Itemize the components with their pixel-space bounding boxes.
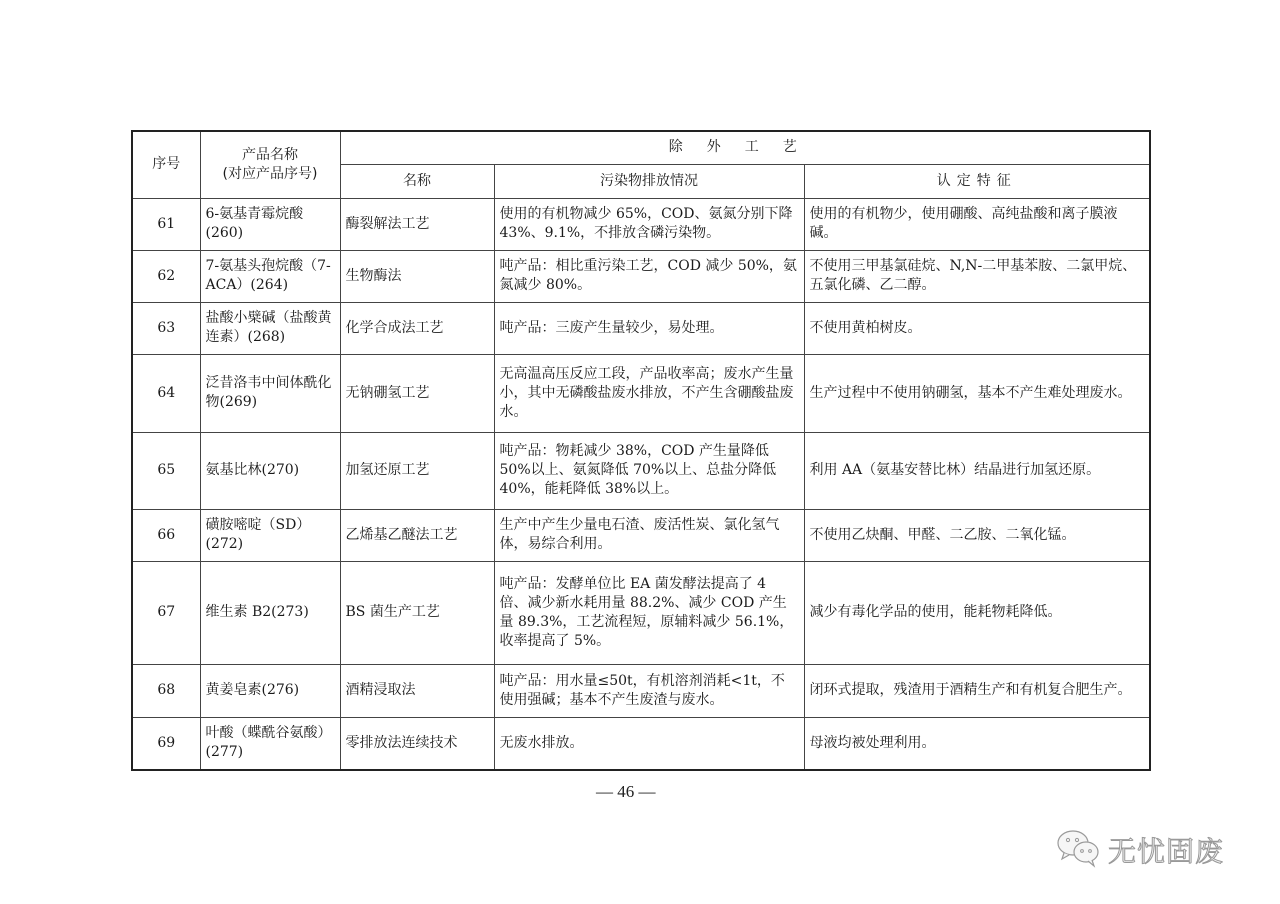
table-row: 69 叶酸（蝶酰谷氨酸）(277) 零排放法连续技术 无废水排放。 母液均被处理… [132, 717, 1150, 770]
cell-product: 6-氨基青霉烷酸(260) [200, 198, 340, 250]
cell-product: 氨基比林(270) [200, 432, 340, 509]
cell-pollution: 吨产品：三废产生量较少，易处理。 [494, 302, 804, 354]
page-number: — 46 — [596, 782, 656, 802]
cell-feature: 使用的有机物少，使用硼酸、高纯盐酸和离子膜液碱。 [804, 198, 1150, 250]
table-row: 62 7-氨基头孢烷酸（7-ACA）(264) 生物酶法 吨产品：相比重污染工艺… [132, 250, 1150, 302]
cell-feature: 不使用黄柏树皮。 [804, 302, 1150, 354]
cell-process: BS 菌生产工艺 [340, 561, 494, 664]
exemption-process-table: 序号 产品名称 (对应产品序号) 除外工艺 名称 污染物排放情况 认定特征 61… [131, 130, 1151, 771]
cell-pollution: 吨产品：用水量≤50t，有机溶剂消耗<1t，不使用强碱；基本不产生废渣与废水。 [494, 664, 804, 717]
cell-process: 生物酶法 [340, 250, 494, 302]
header-seq: 序号 [132, 131, 200, 198]
table-row: 65 氨基比林(270) 加氢还原工艺 吨产品：物耗减少 38%，COD 产生量… [132, 432, 1150, 509]
cell-process: 乙烯基乙醚法工艺 [340, 509, 494, 561]
cell-seq: 63 [132, 302, 200, 354]
cell-product: 盐酸小檗碱（盐酸黄连素）(268) [200, 302, 340, 354]
header-product-line1: 产品名称 [206, 146, 335, 165]
header-product-line2: (对应产品序号) [206, 165, 335, 184]
cell-feature: 母液均被处理利用。 [804, 717, 1150, 770]
cell-feature: 减少有毒化学品的使用，能耗物耗降低。 [804, 561, 1150, 664]
cell-process: 无钠硼氢工艺 [340, 354, 494, 432]
cell-product: 泛昔洛韦中间体酰化物(269) [200, 354, 340, 432]
cell-process: 酶裂解法工艺 [340, 198, 494, 250]
cell-pollution: 吨产品：相比重污染工艺，COD 减少 50%，氨氮减少 80%。 [494, 250, 804, 302]
table-row: 67 维生素 B2(273) BS 菌生产工艺 吨产品：发酵单位比 EA 菌发酵… [132, 561, 1150, 664]
cell-pollution: 生产中产生少量电石渣、废活性炭、氯化氢气体，易综合利用。 [494, 509, 804, 561]
cell-product: 黄姜皂素(276) [200, 664, 340, 717]
cell-feature: 不使用三甲基氯硅烷、N,N-二甲基苯胺、二氯甲烷、五氯化磷、乙二醇。 [804, 250, 1150, 302]
wechat-icon [1056, 828, 1102, 872]
cell-process: 酒精浸取法 [340, 664, 494, 717]
cell-process: 化学合成法工艺 [340, 302, 494, 354]
cell-feature: 闭环式提取，残渣用于酒精生产和有机复合肥生产。 [804, 664, 1150, 717]
document-page: 序号 产品名称 (对应产品序号) 除外工艺 名称 污染物排放情况 认定特征 61… [0, 0, 1280, 904]
cell-product: 7-氨基头孢烷酸（7-ACA）(264) [200, 250, 340, 302]
table-row: 68 黄姜皂素(276) 酒精浸取法 吨产品：用水量≤50t，有机溶剂消耗<1t… [132, 664, 1150, 717]
cell-feature: 生产过程中不使用钠硼氢，基本不产生难处理废水。 [804, 354, 1150, 432]
table-row: 63 盐酸小檗碱（盐酸黄连素）(268) 化学合成法工艺 吨产品：三废产生量较少… [132, 302, 1150, 354]
table-row: 66 磺胺嘧啶（SD）(272) 乙烯基乙醚法工艺 生产中产生少量电石渣、废活性… [132, 509, 1150, 561]
header-product: 产品名称 (对应产品序号) [200, 131, 340, 198]
cell-feature: 利用 AA（氨基安替比林）结晶进行加氢还原。 [804, 432, 1150, 509]
table-row: 61 6-氨基青霉烷酸(260) 酶裂解法工艺 使用的有机物减少 65%，COD… [132, 198, 1150, 250]
cell-feature: 不使用乙炔酮、甲醛、二乙胺、二氧化锰。 [804, 509, 1150, 561]
cell-seq: 67 [132, 561, 200, 664]
cell-seq: 69 [132, 717, 200, 770]
cell-product: 维生素 B2(273) [200, 561, 340, 664]
cell-seq: 62 [132, 250, 200, 302]
cell-seq: 64 [132, 354, 200, 432]
cell-product: 叶酸（蝶酰谷氨酸）(277) [200, 717, 340, 770]
cell-pollution: 无高温高压反应工段，产品收率高；废水产生量小，其中无磷酸盐废水排放，不产生含硼酸… [494, 354, 804, 432]
cell-pollution: 无废水排放。 [494, 717, 804, 770]
header-pollution: 污染物排放情况 [494, 164, 804, 198]
cell-pollution: 使用的有机物减少 65%，COD、氨氮分别下降 43%、9.1%，不排放含磷污染… [494, 198, 804, 250]
watermark: 无忧固废 [1056, 828, 1224, 872]
header-process-name: 名称 [340, 164, 494, 198]
cell-pollution: 吨产品：物耗减少 38%，COD 产生量降低 50%以上、氨氮降低 70%以上、… [494, 432, 804, 509]
table-row: 64 泛昔洛韦中间体酰化物(269) 无钠硼氢工艺 无高温高压反应工段，产品收率… [132, 354, 1150, 432]
cell-process: 加氢还原工艺 [340, 432, 494, 509]
cell-seq: 61 [132, 198, 200, 250]
cell-seq: 66 [132, 509, 200, 561]
watermark-text: 无忧固废 [1108, 830, 1224, 870]
cell-product: 磺胺嘧啶（SD）(272) [200, 509, 340, 561]
header-exempt-process: 除外工艺 [340, 131, 1150, 164]
cell-process: 零排放法连续技术 [340, 717, 494, 770]
cell-seq: 68 [132, 664, 200, 717]
header-feature: 认定特征 [804, 164, 1150, 198]
header-row-1: 序号 产品名称 (对应产品序号) 除外工艺 [132, 131, 1150, 164]
cell-pollution: 吨产品：发酵单位比 EA 菌发酵法提高了 4 倍、减少新水耗用量 88.2%、减… [494, 561, 804, 664]
cell-seq: 65 [132, 432, 200, 509]
